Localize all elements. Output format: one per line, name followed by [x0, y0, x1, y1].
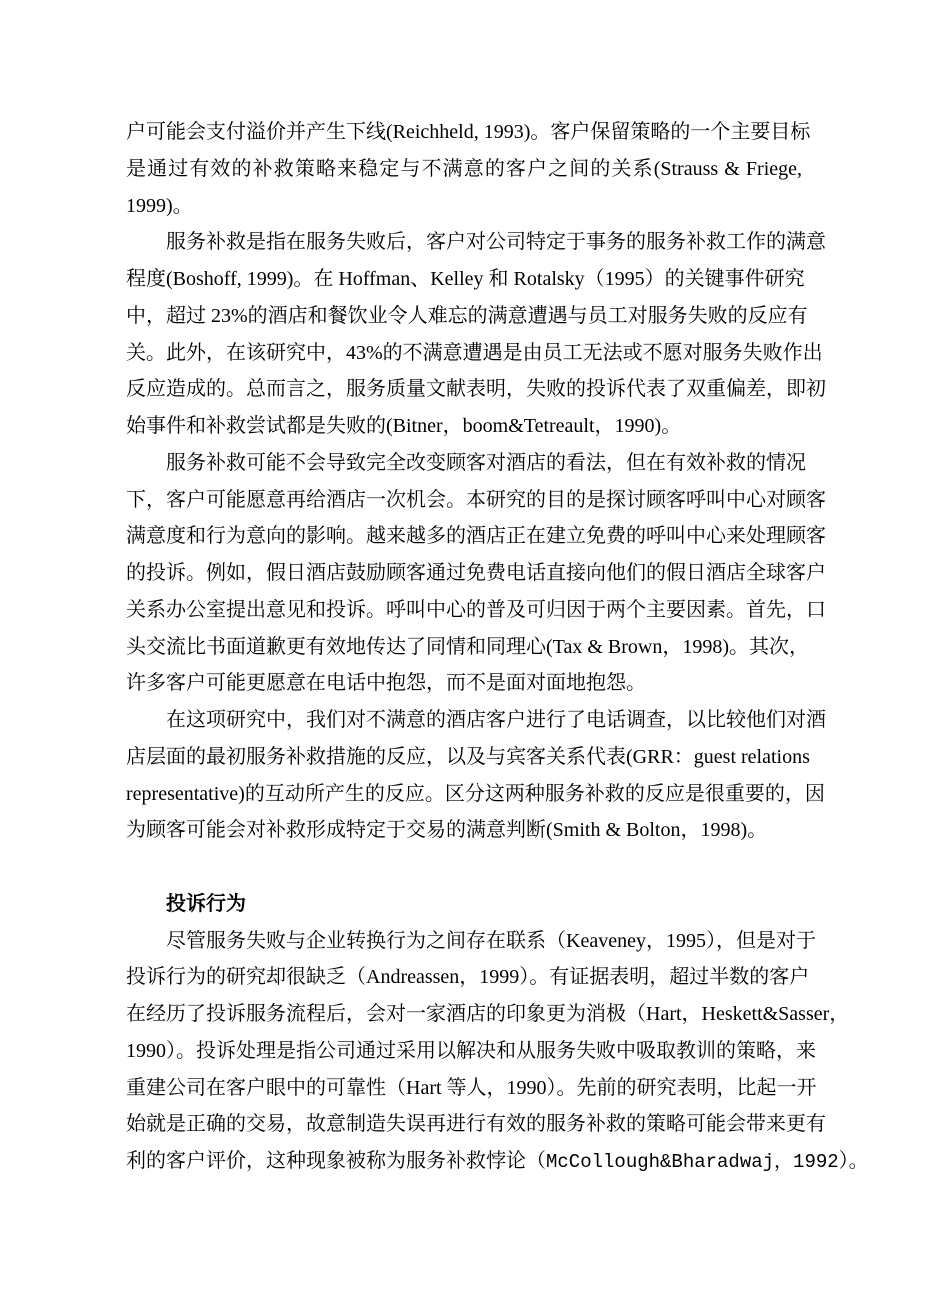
text-line: 头交流比书面道歉更有效地传达了同情和同理心(Tax & Brown，1998)。… [126, 629, 802, 666]
text-line: 下，客户可能愿意再给酒店一次机会。本研究的目的是探讨顾客呼叫中心对顾客 [126, 482, 802, 519]
text-run: 许多客户可能更愿意在电话中抱怨，而不是面对面地抱怨。 [126, 672, 646, 694]
paragraph-customer-retention: 户可能会支付溢价并产生下线(Reichheld, 1993)。客户保留策略的一个… [126, 114, 802, 224]
text-run: 关。此外，在该研究中，43%的不满意遭遇是由员工无法或不愿对服务失败作出 [126, 342, 823, 364]
paragraph-service-recovery-definition: 服务补救是指在服务失败后，客户对公司特定于事务的服务补救工作的满意程度(Bosh… [126, 224, 802, 445]
text-line: 关系办公室提出意见和投诉。呼叫中心的普及可归因于两个主要因素。首先，口 [126, 592, 802, 629]
text-run: 始就是正确的交易，故意制造失误再进行有效的服务补救的策略可能会带来更有 [126, 1113, 826, 1135]
text-run: 在这项研究中，我们对不满意的酒店客户进行了电话调查，以比较他们对酒 [166, 709, 826, 731]
text-run: 的投诉。例如，假日酒店鼓励顾客通过免费电话直接向他们的假日酒店全球客户 [126, 562, 826, 584]
text-line: 在经历了投诉服务流程后，会对一家酒店的印象更为消极（Hart，Heskett&S… [126, 996, 802, 1033]
text-line: 关。此外，在该研究中，43%的不满意遭遇是由员工无法或不愿对服务失败作出 [126, 335, 802, 372]
text-line: 服务补救是指在服务失败后，客户对公司特定于事务的服务补救工作的满意 [126, 224, 802, 261]
text-line: 始就是正确的交易，故意制造失误再进行有效的服务补救的策略可能会带来更有 [126, 1106, 802, 1143]
text-run: representative)的互动所产生的反应。区分这两种服务补救的反应是很重… [126, 783, 825, 805]
text-run: 投诉行为的研究却很缺乏（Andreassen，1999）。有证据表明，超过半数的… [126, 966, 809, 988]
text-run: 头交流比书面道歉更有效地传达了同情和同理心(Tax & Brown，1998)。… [126, 636, 809, 658]
text-run: 户可能会支付溢价并产生下线(Reichheld, 1993)。客户保留策略的一个… [126, 121, 810, 143]
text-line: 许多客户可能更愿意在电话中抱怨，而不是面对面地抱怨。 [126, 665, 802, 702]
text-line: 户可能会支付溢价并产生下线(Reichheld, 1993)。客户保留策略的一个… [126, 114, 802, 151]
text-line: 为顾客可能会对补救形成特定于交易的满意判断(Smith & Bolton，199… [126, 812, 802, 849]
section-heading-complaint-behavior: 投诉行为 [126, 886, 802, 923]
text-line: 中，超过 23%的酒店和餐饮业令人难忘的满意遭遇与员工对服务失败的反应有 [126, 298, 802, 335]
text-line: 店层面的最初服务补救措施的反应，以及与宾客关系代表(GRR：guest rela… [126, 739, 802, 776]
text-line: 满意度和行为意向的影响。越来越多的酒店正在建立免费的呼叫中心来处理顾客 [126, 518, 802, 555]
text-run: 尽管服务失败与企业转换行为之间存在联系（Keaveney，1995），但是对于 [166, 930, 816, 952]
text-line: 反应造成的。总而言之，服务质量文献表明，失败的投诉代表了双重偏差，即初 [126, 371, 802, 408]
text-run: 服务补救可能不会导致完全改变顾客对酒店的看法，但在有效补救的情况 [166, 452, 806, 474]
text-run: 店层面的最初服务补救措施的反应，以及与宾客关系代表(GRR：guest rela… [126, 746, 810, 768]
document-page: 户可能会支付溢价并产生下线(Reichheld, 1993)。客户保留策略的一个… [0, 0, 926, 1309]
text-body: 户可能会支付溢价并产生下线(Reichheld, 1993)。客户保留策略的一个… [126, 114, 802, 1180]
text-line: 投诉行为的研究却很缺乏（Andreassen，1999）。有证据表明，超过半数的… [126, 959, 802, 996]
text-line: 1999)。 [126, 188, 802, 225]
text-run: 满意度和行为意向的影响。越来越多的酒店正在建立免费的呼叫中心来处理顾客 [126, 525, 826, 547]
text-run: 反应造成的。总而言之，服务质量文献表明，失败的投诉代表了双重偏差，即初 [126, 378, 826, 400]
text-line: 1990）。投诉处理是指公司通过采用以解决和从服务失败中吸取教训的策略，来 [126, 1033, 802, 1070]
text-run: 关系办公室提出意见和投诉。呼叫中心的普及可归因于两个主要因素。首先，口 [126, 599, 826, 621]
text-line: representative)的互动所产生的反应。区分这两种服务补救的反应是很重… [126, 776, 802, 813]
text-run: 1999)。 [126, 195, 193, 217]
text-run: 始事件和补救尝试都是失败的(Bitner，boom&Tetreault，1990… [126, 415, 681, 437]
text-line: 重建公司在客户眼中的可靠性（Hart 等人，1990）。先前的研究表明，比起一开 [126, 1070, 802, 1107]
text-run: 重建公司在客户眼中的可靠性（Hart 等人，1990）。先前的研究表明，比起一开 [126, 1077, 817, 1099]
paragraph-call-center: 服务补救可能不会导致完全改变顾客对酒店的看法，但在有效补救的情况下，客户可能愿意… [126, 445, 802, 702]
text-run: 1990）。投诉处理是指公司通过采用以解决和从服务失败中吸取教训的策略，来 [126, 1040, 816, 1062]
text-run: 服务补救是指在服务失败后，客户对公司特定于事务的服务补救工作的满意 [166, 231, 826, 253]
text-run: ）。 [839, 1150, 869, 1172]
text-line: 程度(Boshoff, 1999)。在 Hoffman、Kelley 和 Rot… [126, 261, 802, 298]
text-line: 在这项研究中，我们对不满意的酒店客户进行了电话调查，以比较他们对酒 [126, 702, 802, 739]
text-run: 为顾客可能会对补救形成特定于交易的满意判断(Smith & Bolton，199… [126, 819, 767, 841]
paragraph-complaint-behavior: 尽管服务失败与企业转换行为之间存在联系（Keaveney，1995），但是对于投… [126, 923, 802, 1180]
blank-line [126, 849, 802, 886]
text-run: 是通过有效的补救策略来稳定与不满意的客户之间的关系(Strauss & Frie… [126, 158, 802, 180]
text-run: 利的客户评价，这种现象被称为服务补救悖论（ [126, 1150, 546, 1172]
text-line: 始事件和补救尝试都是失败的(Bitner，boom&Tetreault，1990… [126, 408, 802, 445]
text-run: 在经历了投诉服务流程后，会对一家酒店的印象更为消极（Hart，Heskett&S… [126, 1003, 849, 1025]
text-line: 的投诉。例如，假日酒店鼓励顾客通过免费电话直接向他们的假日酒店全球客户 [126, 555, 802, 592]
text-line: 服务补救可能不会导致完全改变顾客对酒店的看法，但在有效补救的情况 [126, 445, 802, 482]
paragraph-study-method: 在这项研究中，我们对不满意的酒店客户进行了电话调查，以比较他们对酒店层面的最初服… [126, 702, 802, 849]
text-run: 下，客户可能愿意再给酒店一次机会。本研究的目的是探讨顾客呼叫中心对顾客 [126, 489, 826, 511]
text-run: 中，超过 23%的酒店和餐饮业令人难忘的满意遭遇与员工对服务失败的反应有 [126, 305, 808, 327]
citation-mono: McCollough&Bharadwaj，1992 [546, 1151, 839, 1173]
text-run: 程度(Boshoff, 1999)。在 Hoffman、Kelley 和 Rot… [126, 268, 805, 290]
text-line: 利的客户评价，这种现象被称为服务补救悖论（McCollough&Bharadwa… [126, 1143, 802, 1180]
text-line: 尽管服务失败与企业转换行为之间存在联系（Keaveney，1995），但是对于 [126, 923, 802, 960]
text-line: 是通过有效的补救策略来稳定与不满意的客户之间的关系(Strauss & Frie… [126, 151, 802, 188]
